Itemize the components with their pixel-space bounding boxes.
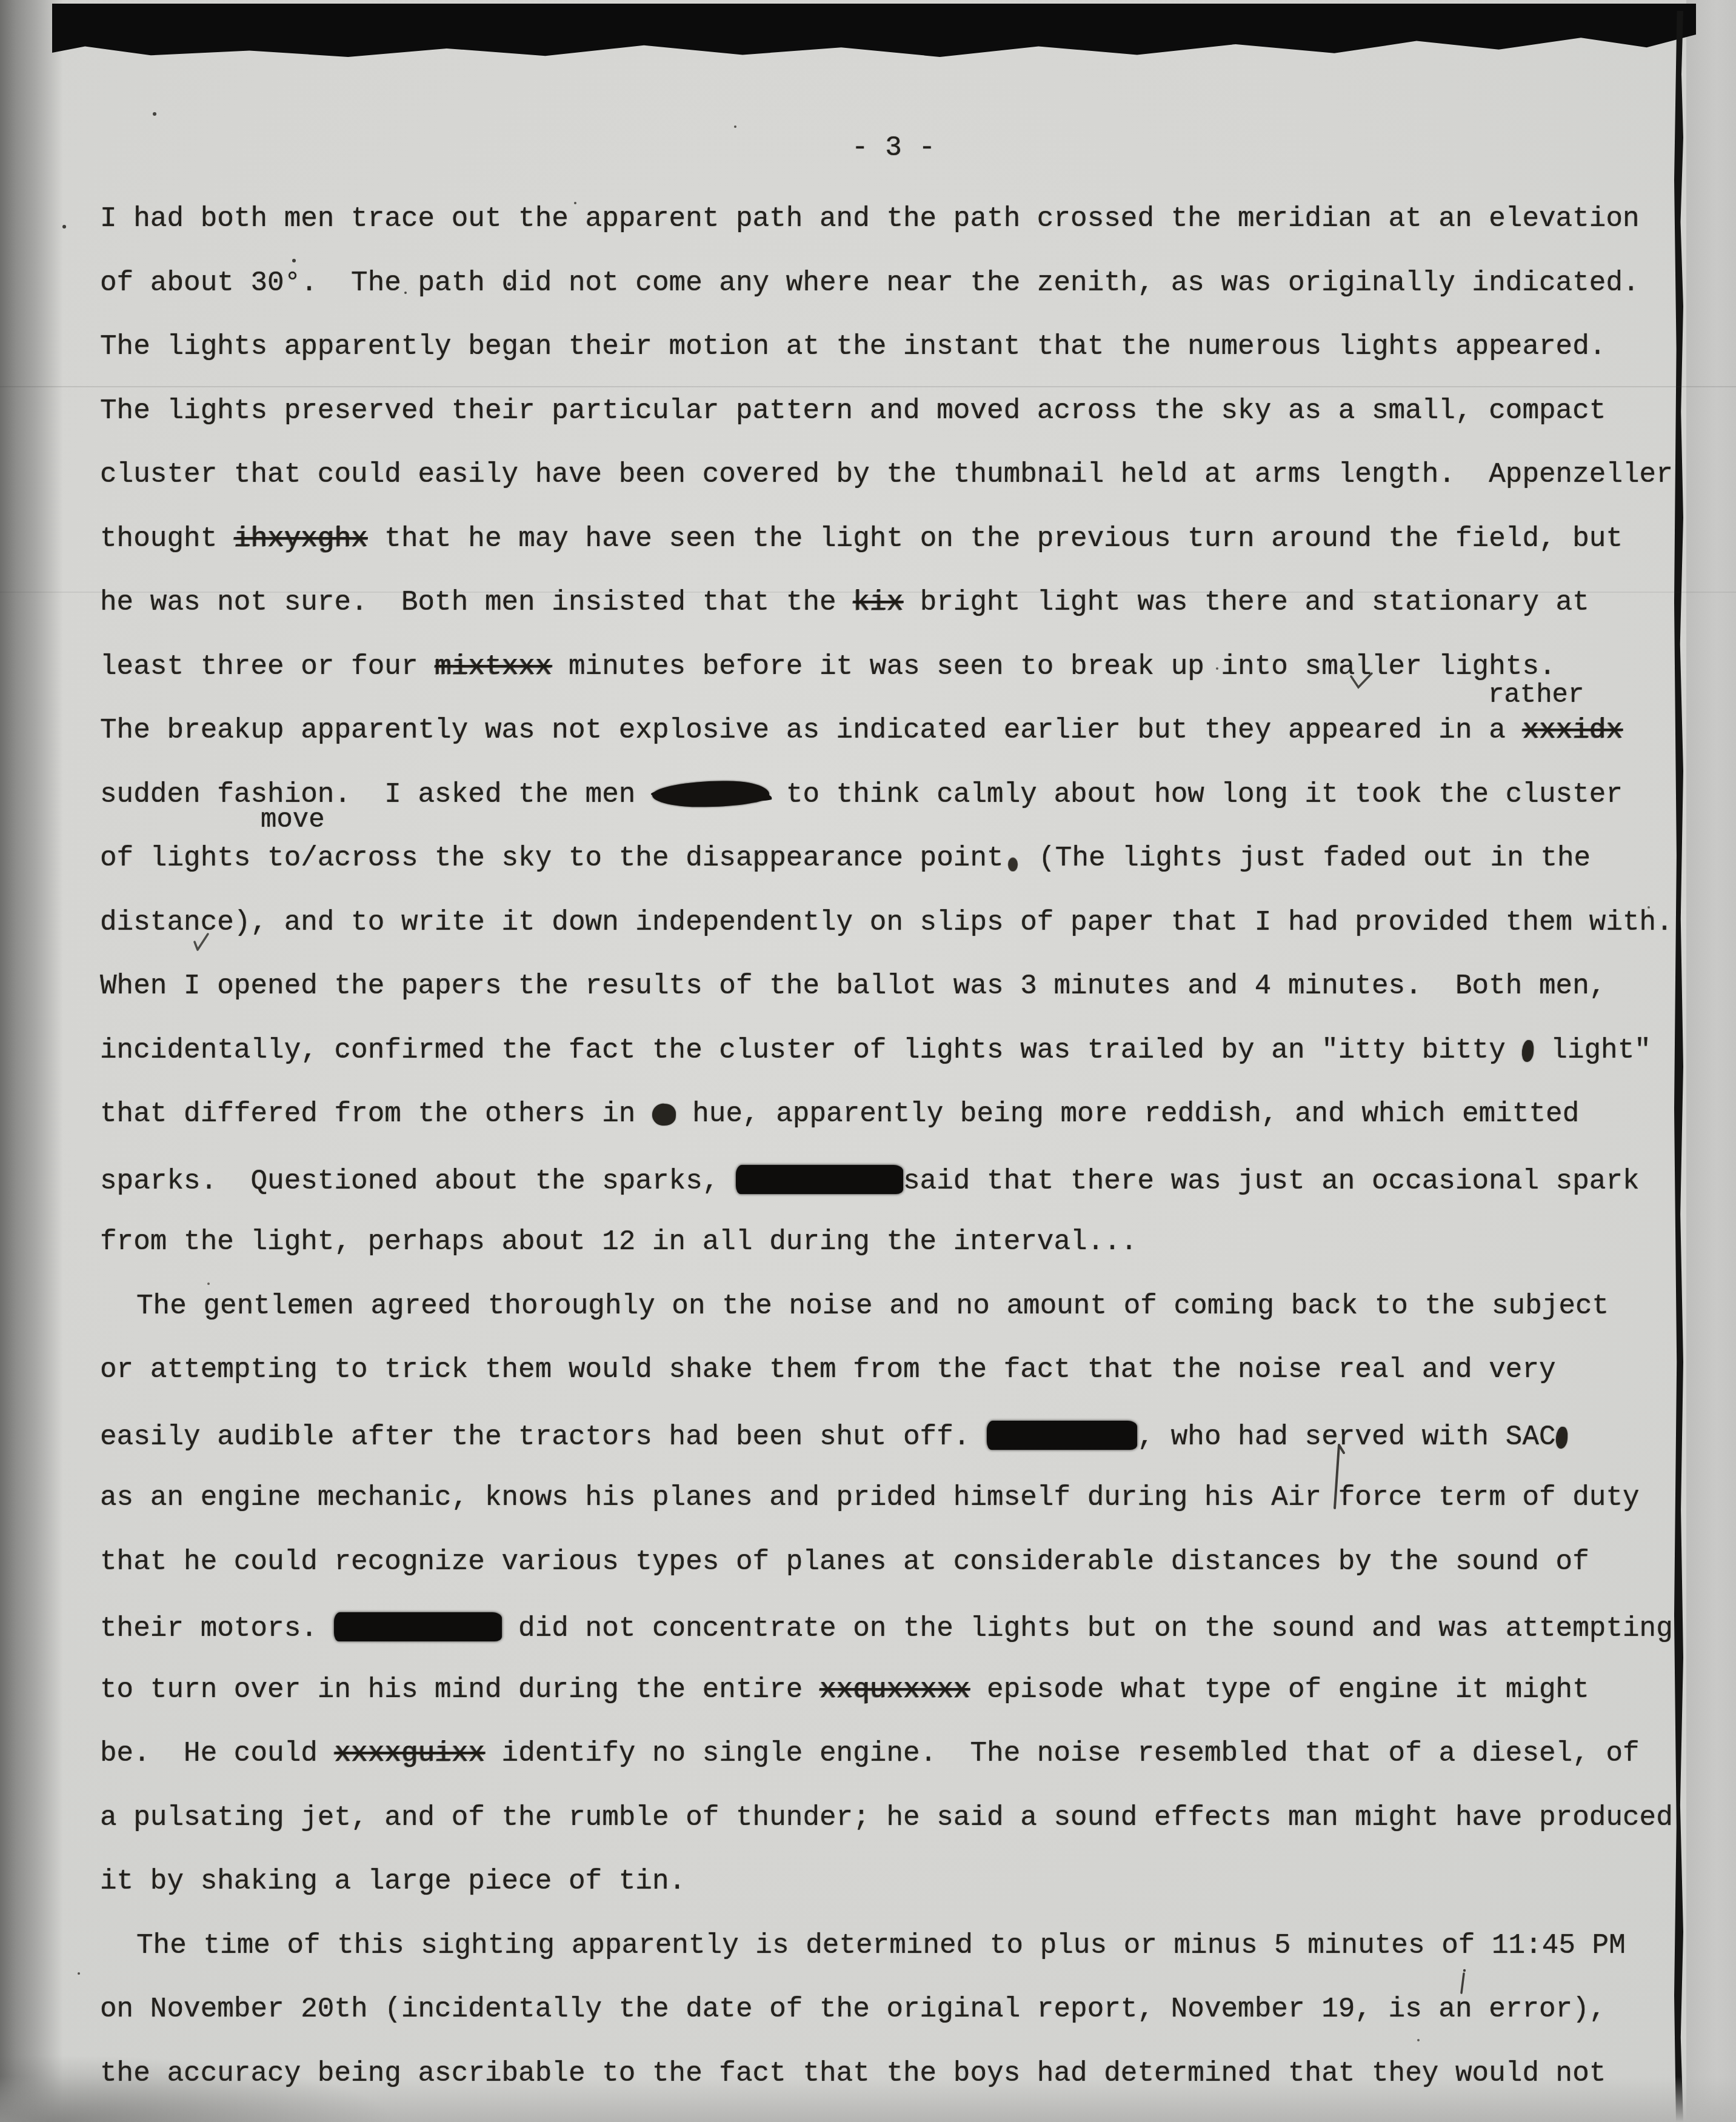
- text-run: The time of this sighting apparently is …: [136, 1930, 1626, 1961]
- text-run: be. He could: [100, 1738, 334, 1769]
- text-run: identify no single engine. The noise res…: [485, 1738, 1640, 1769]
- struck-out-text: xxxxguixx: [334, 1738, 484, 1769]
- text-run: that differed from the others in: [100, 1098, 652, 1130]
- typewritten-line: The gentlemen agreed thoroughly on the n…: [136, 1287, 1609, 1325]
- redaction-bar: [334, 1612, 501, 1641]
- text-run: sudden fashion. I asked the men: [100, 779, 652, 810]
- interlinear-insertion-move: move: [261, 805, 325, 835]
- typewritten-line: When I opened the papers the results of …: [100, 967, 1606, 1005]
- text-run: cluster that could easily have been cove…: [100, 459, 1673, 490]
- page-number: - 3 -: [852, 132, 935, 164]
- text-run: distance), and to write it down independ…: [100, 907, 1673, 938]
- typewritten-line: he was not sure. Both men insisted that …: [100, 584, 1589, 621]
- text-run: sparks. Questioned about the sparks,: [100, 1166, 736, 1197]
- text-run: hue, apparently being more reddish, and …: [676, 1098, 1580, 1130]
- paper-crease: [0, 386, 1736, 387]
- scan-specks: [0, 0, 2, 2]
- struck-out-text: ihxyxghx: [234, 523, 368, 555]
- typewritten-line: The time of this sighting apparently is …: [136, 1927, 1626, 1964]
- text-run: from the light, perhaps about 12 in all …: [100, 1226, 1137, 1258]
- struck-out-text: kix: [853, 587, 903, 618]
- typewritten-line: their motors. did not concentrate on the…: [100, 1607, 1673, 1647]
- text-run: that he may have seen the light on the p…: [368, 523, 1623, 555]
- struck-out-text: mixtxxx: [435, 651, 552, 682]
- pen-mark-distance: [192, 931, 211, 956]
- text-run: to think calmly about how long it took t…: [769, 779, 1623, 810]
- pen-mark-i-correction: [1457, 1969, 1468, 1997]
- text-run: easily audible after the tractors had be…: [100, 1421, 987, 1453]
- typewritten-line: distance), and to write it down independ…: [100, 904, 1673, 941]
- ink-blot: [651, 1103, 676, 1127]
- text-run: When I opened the papers the results of …: [100, 970, 1606, 1002]
- text-run: The gentlemen agreed thoroughly on the n…: [136, 1290, 1609, 1322]
- typewritten-line: incidentally, confirmed the fact the clu…: [100, 1032, 1651, 1069]
- typewritten-line: of about 30°. The path did not come any …: [100, 264, 1640, 302]
- text-run: on November 20th (incidentally the date …: [100, 1994, 1606, 2025]
- typewritten-line: be. He could xxxxguixx identify no singl…: [100, 1735, 1640, 1772]
- text-run: of about 30°. The path did not come any …: [100, 267, 1640, 299]
- text-run: bright light was there and stationary at: [903, 587, 1589, 618]
- typewritten-line: of lights to/across the sky to the disap…: [100, 839, 1591, 877]
- text-run: as an engine mechanic, knows his planes …: [100, 1482, 1640, 1513]
- typewritten-line: it by shaking a large piece of tin.: [100, 1863, 686, 1900]
- text-run: I had both men trace out the apparent pa…: [100, 203, 1640, 235]
- scanned-document-page: - 3 - I had both men trace out the appar…: [0, 0, 1736, 2122]
- scan-fold-line-right: [1674, 11, 1683, 2122]
- typewritten-line: on November 20th (incidentally the date …: [100, 1990, 1606, 2028]
- text-run: he was not sure. Both men insisted that …: [100, 587, 853, 618]
- text-run: minutes before it was seen to break up i…: [552, 651, 1555, 682]
- text-run: , who had served with SAC: [1137, 1421, 1555, 1453]
- redaction-bar: [987, 1421, 1137, 1450]
- typewritten-line: The lights preserved their particular pa…: [100, 392, 1606, 430]
- typewritten-line: I had both men trace out the apparent pa…: [100, 200, 1640, 238]
- redaction-bar: [736, 1165, 903, 1194]
- typewritten-line: sudden fashion. I asked the men to think…: [100, 776, 1623, 813]
- typewritten-line: to turn over in his mind during the enti…: [100, 1671, 1589, 1709]
- text-run: a pulsating jet, and of the rumble of th…: [100, 1802, 1673, 1833]
- ink-blot: [1521, 1039, 1535, 1063]
- text-run: the accuracy being ascribable to the fac…: [100, 2058, 1606, 2089]
- typewritten-line: sparks. Questioned about the sparks, sai…: [100, 1159, 1640, 1200]
- ink-scribble-redaction: [652, 779, 769, 808]
- text-run: The breakup apparently was not explosive…: [100, 715, 1522, 746]
- typewritten-line: as an engine mechanic, knows his planes …: [100, 1479, 1640, 1516]
- typewritten-line: the accuracy being ascribable to the fac…: [100, 2055, 1606, 2092]
- text-run: their motors.: [100, 1613, 334, 1644]
- interlinear-insertion-rather: rather: [1488, 680, 1584, 710]
- text-run: said that there was just an occasional s…: [903, 1166, 1640, 1197]
- text-run: The lights preserved their particular pa…: [100, 395, 1606, 427]
- text-run: light": [1534, 1035, 1651, 1066]
- typewritten-line: least three or four mixtxxx minutes befo…: [100, 648, 1556, 686]
- text-run: or attempting to trick them would shake …: [100, 1354, 1556, 1386]
- typewritten-line: The lights apparently began their motion…: [100, 328, 1606, 365]
- pen-stroke-airforce: [1329, 1443, 1346, 1513]
- typewritten-line: The breakup apparently was not explosive…: [100, 712, 1623, 749]
- text-run: incidentally, confirmed the fact the clu…: [100, 1035, 1522, 1066]
- text-run: did not concentrate on the lights but on…: [502, 1613, 1673, 1644]
- text-run: episode what type of engine it might: [970, 1674, 1589, 1706]
- typewritten-line: that differed from the others in hue, ap…: [100, 1095, 1579, 1133]
- text-run: of lights to/across the sky to the disap…: [100, 842, 1004, 874]
- text-run: least three or four: [100, 651, 435, 682]
- pen-checkmark: [1349, 672, 1374, 693]
- struck-out-text: xxquxxxxx: [820, 1674, 970, 1706]
- typewritten-line: a pulsating jet, and of the rumble of th…: [100, 1799, 1673, 1837]
- ink-blot: [1555, 1426, 1569, 1449]
- typewritten-line: cluster that could easily have been cove…: [100, 456, 1673, 493]
- pen-squiggle: [1007, 856, 1019, 872]
- typewritten-line: that he could recognize various types of…: [100, 1543, 1589, 1581]
- text-run: (The lights just faded out in the: [1022, 842, 1591, 874]
- text-run: to turn over in his mind during the enti…: [100, 1674, 820, 1706]
- struck-out-text: xxxidx: [1522, 715, 1623, 746]
- scan-right-margin: [1686, 0, 1736, 2122]
- text-run: The lights apparently began their motion…: [100, 331, 1606, 362]
- scan-left-edge-shading: [0, 0, 63, 2122]
- typewritten-line: thought ihxyxghx that he may have seen t…: [100, 520, 1623, 558]
- text-run: thought: [100, 523, 234, 555]
- text-run: that he could recognize various types of…: [100, 1546, 1589, 1578]
- scanner-edge-band-top: [52, 4, 1696, 57]
- typewritten-line: or attempting to trick them would shake …: [100, 1351, 1556, 1389]
- typewritten-line: from the light, perhaps about 12 in all …: [100, 1223, 1137, 1261]
- typewritten-line: easily audible after the tractors had be…: [100, 1415, 1567, 1456]
- text-run: it by shaking a large piece of tin.: [100, 1866, 686, 1897]
